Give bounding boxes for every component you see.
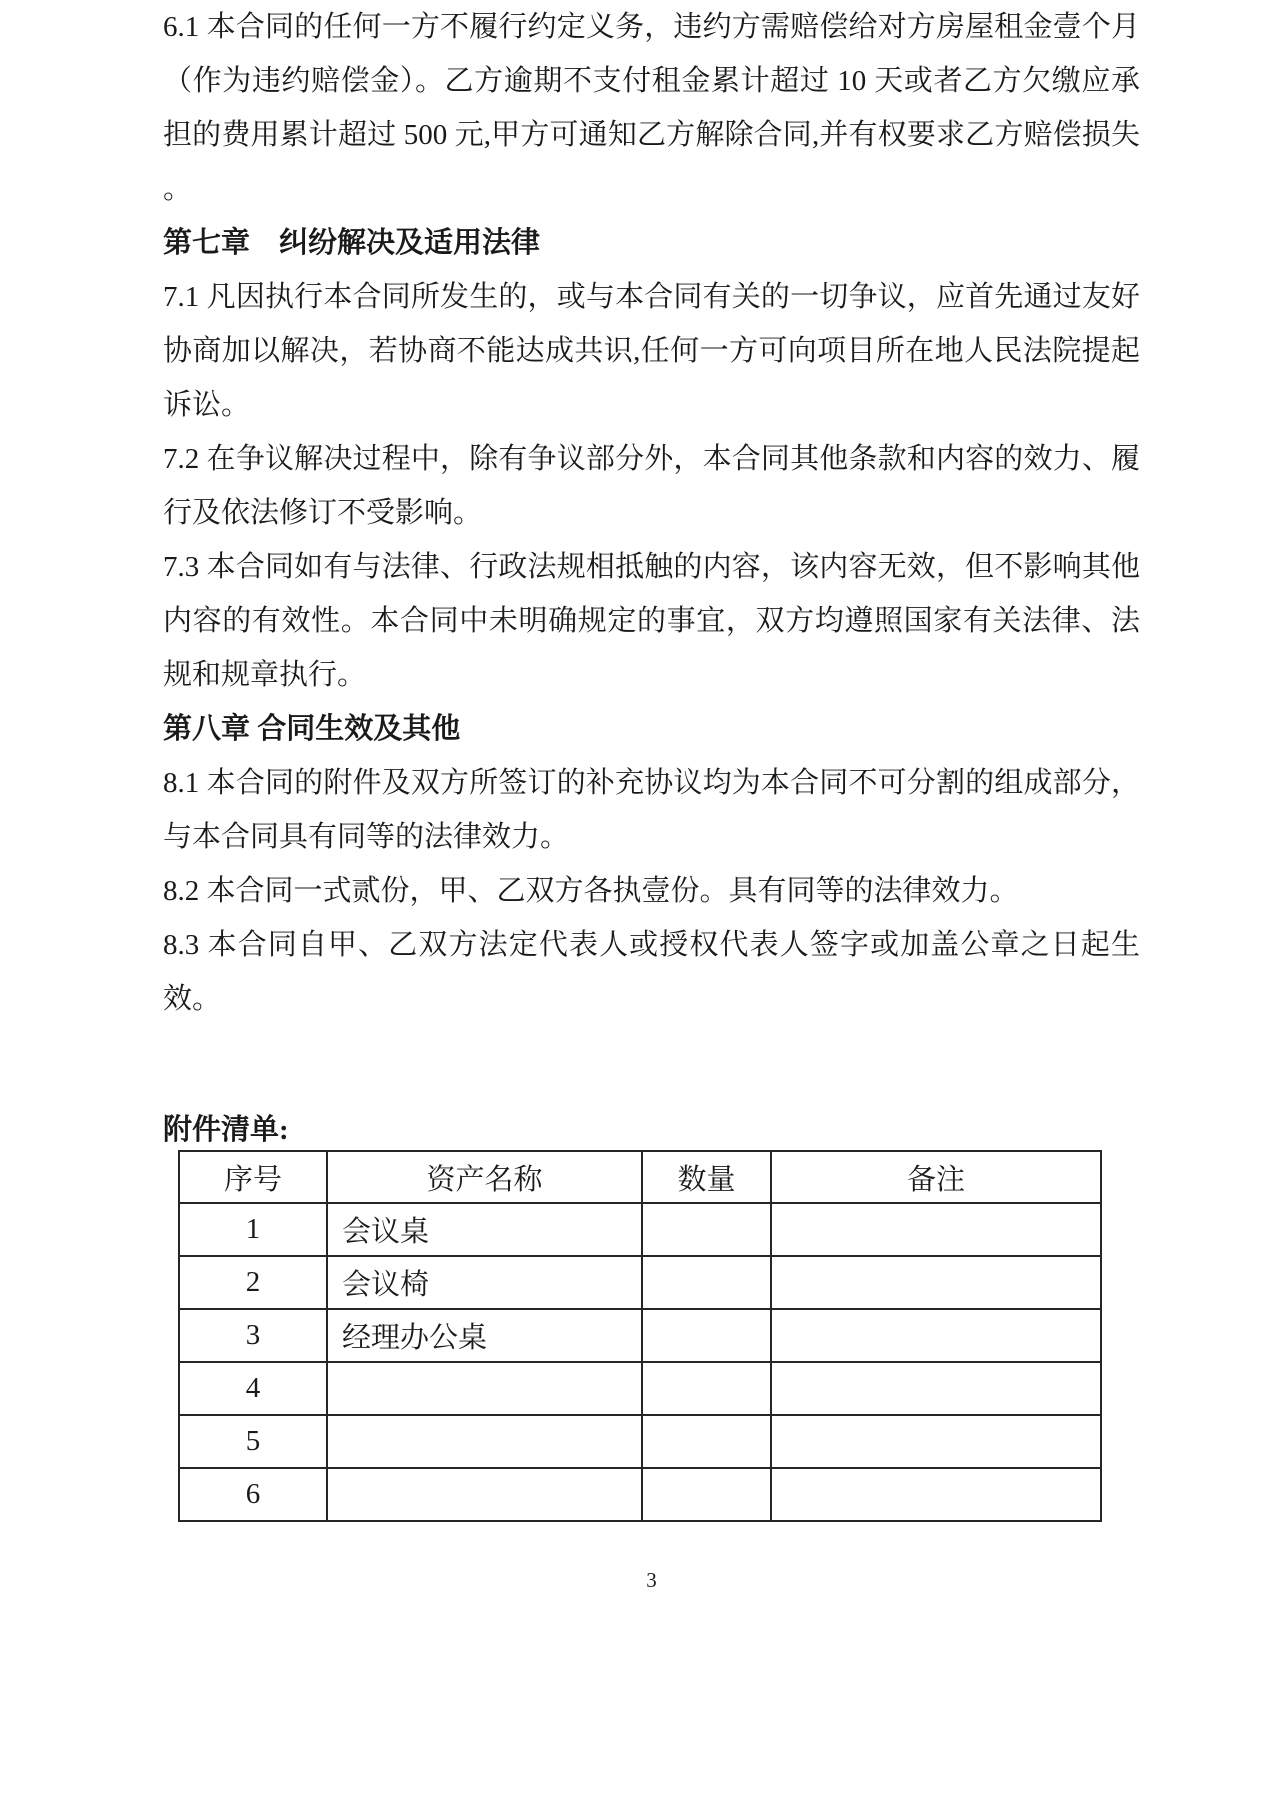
cell-asset-name xyxy=(327,1468,642,1521)
table-row: 6 xyxy=(179,1468,1101,1521)
table-header-row: 序号 资产名称 数量 备注 xyxy=(179,1151,1101,1203)
cell-note xyxy=(771,1468,1101,1521)
cell-note xyxy=(771,1415,1101,1468)
clause-6-1: 6.1 本合同的任何一方不履行约定义务，违约方需赔偿给对方房屋租金壹个月（作为违… xyxy=(163,0,1140,216)
chapter-8-heading: 第八章 合同生效及其他 xyxy=(163,702,1140,756)
attachment-list-label: 附件清单: xyxy=(163,1112,1140,1148)
header-cell-note: 备注 xyxy=(771,1151,1101,1203)
document-page: 6.1 本合同的任何一方不履行约定义务，违约方需赔偿给对方房屋租金壹个月（作为违… xyxy=(0,0,1280,1810)
table-row: 2 会议椅 xyxy=(179,1256,1101,1309)
clause-8-2: 8.2 本合同一式贰份，甲、乙双方各执壹份。具有同等的法律效力。 xyxy=(163,864,1140,918)
cell-note xyxy=(771,1362,1101,1415)
cell-quantity xyxy=(642,1203,771,1256)
header-cell-serial-number: 序号 xyxy=(179,1151,327,1203)
cell-quantity xyxy=(642,1309,771,1362)
cell-serial-number: 1 xyxy=(179,1203,327,1256)
cell-quantity xyxy=(642,1415,771,1468)
cell-quantity xyxy=(642,1468,771,1521)
cell-serial-number: 5 xyxy=(179,1415,327,1468)
table-row: 5 xyxy=(179,1415,1101,1468)
table-row: 3 经理办公桌 xyxy=(179,1309,1101,1362)
cell-note xyxy=(771,1309,1101,1362)
cell-quantity xyxy=(642,1362,771,1415)
header-cell-quantity: 数量 xyxy=(642,1151,771,1203)
chapter-7-heading: 第七章 纠纷解决及适用法律 xyxy=(163,216,1140,270)
cell-serial-number: 2 xyxy=(179,1256,327,1309)
cell-asset-name xyxy=(327,1415,642,1468)
clause-7-2: 7.2 在争议解决过程中，除有争议部分外，本合同其他条款和内容的效力、履行及依法… xyxy=(163,432,1140,540)
cell-asset-name: 会议桌 xyxy=(327,1203,642,1256)
cell-asset-name xyxy=(327,1362,642,1415)
header-cell-asset-name: 资产名称 xyxy=(327,1151,642,1203)
cell-quantity xyxy=(642,1256,771,1309)
clause-7-1: 7.1 凡因执行本合同所发生的，或与本合同有关的一切争议，应首先通过友好协商加以… xyxy=(163,270,1140,432)
cell-serial-number: 4 xyxy=(179,1362,327,1415)
cell-asset-name: 会议椅 xyxy=(327,1256,642,1309)
clause-8-1: 8.1 本合同的附件及双方所签订的补充协议均为本合同不可分割的组成部分，与本合同… xyxy=(163,756,1140,864)
cell-serial-number: 3 xyxy=(179,1309,327,1362)
clause-7-3: 7.3 本合同如有与法律、行政法规相抵触的内容，该内容无效，但不影响其他内容的有… xyxy=(163,540,1140,702)
attachment-table: 序号 资产名称 数量 备注 1 会议桌 2 会议椅 3 经理办公桌 xyxy=(178,1150,1102,1522)
cell-note xyxy=(771,1256,1101,1309)
cell-asset-name: 经理办公桌 xyxy=(327,1309,642,1362)
cell-note xyxy=(771,1203,1101,1256)
table-row: 4 xyxy=(179,1362,1101,1415)
page-number: 3 xyxy=(163,1568,1140,1593)
table-row: 1 会议桌 xyxy=(179,1203,1101,1256)
clause-8-3: 8.3 本合同自甲、乙双方法定代表人或授权代表人签字或加盖公章之日起生效。 xyxy=(163,918,1140,1026)
cell-serial-number: 6 xyxy=(179,1468,327,1521)
